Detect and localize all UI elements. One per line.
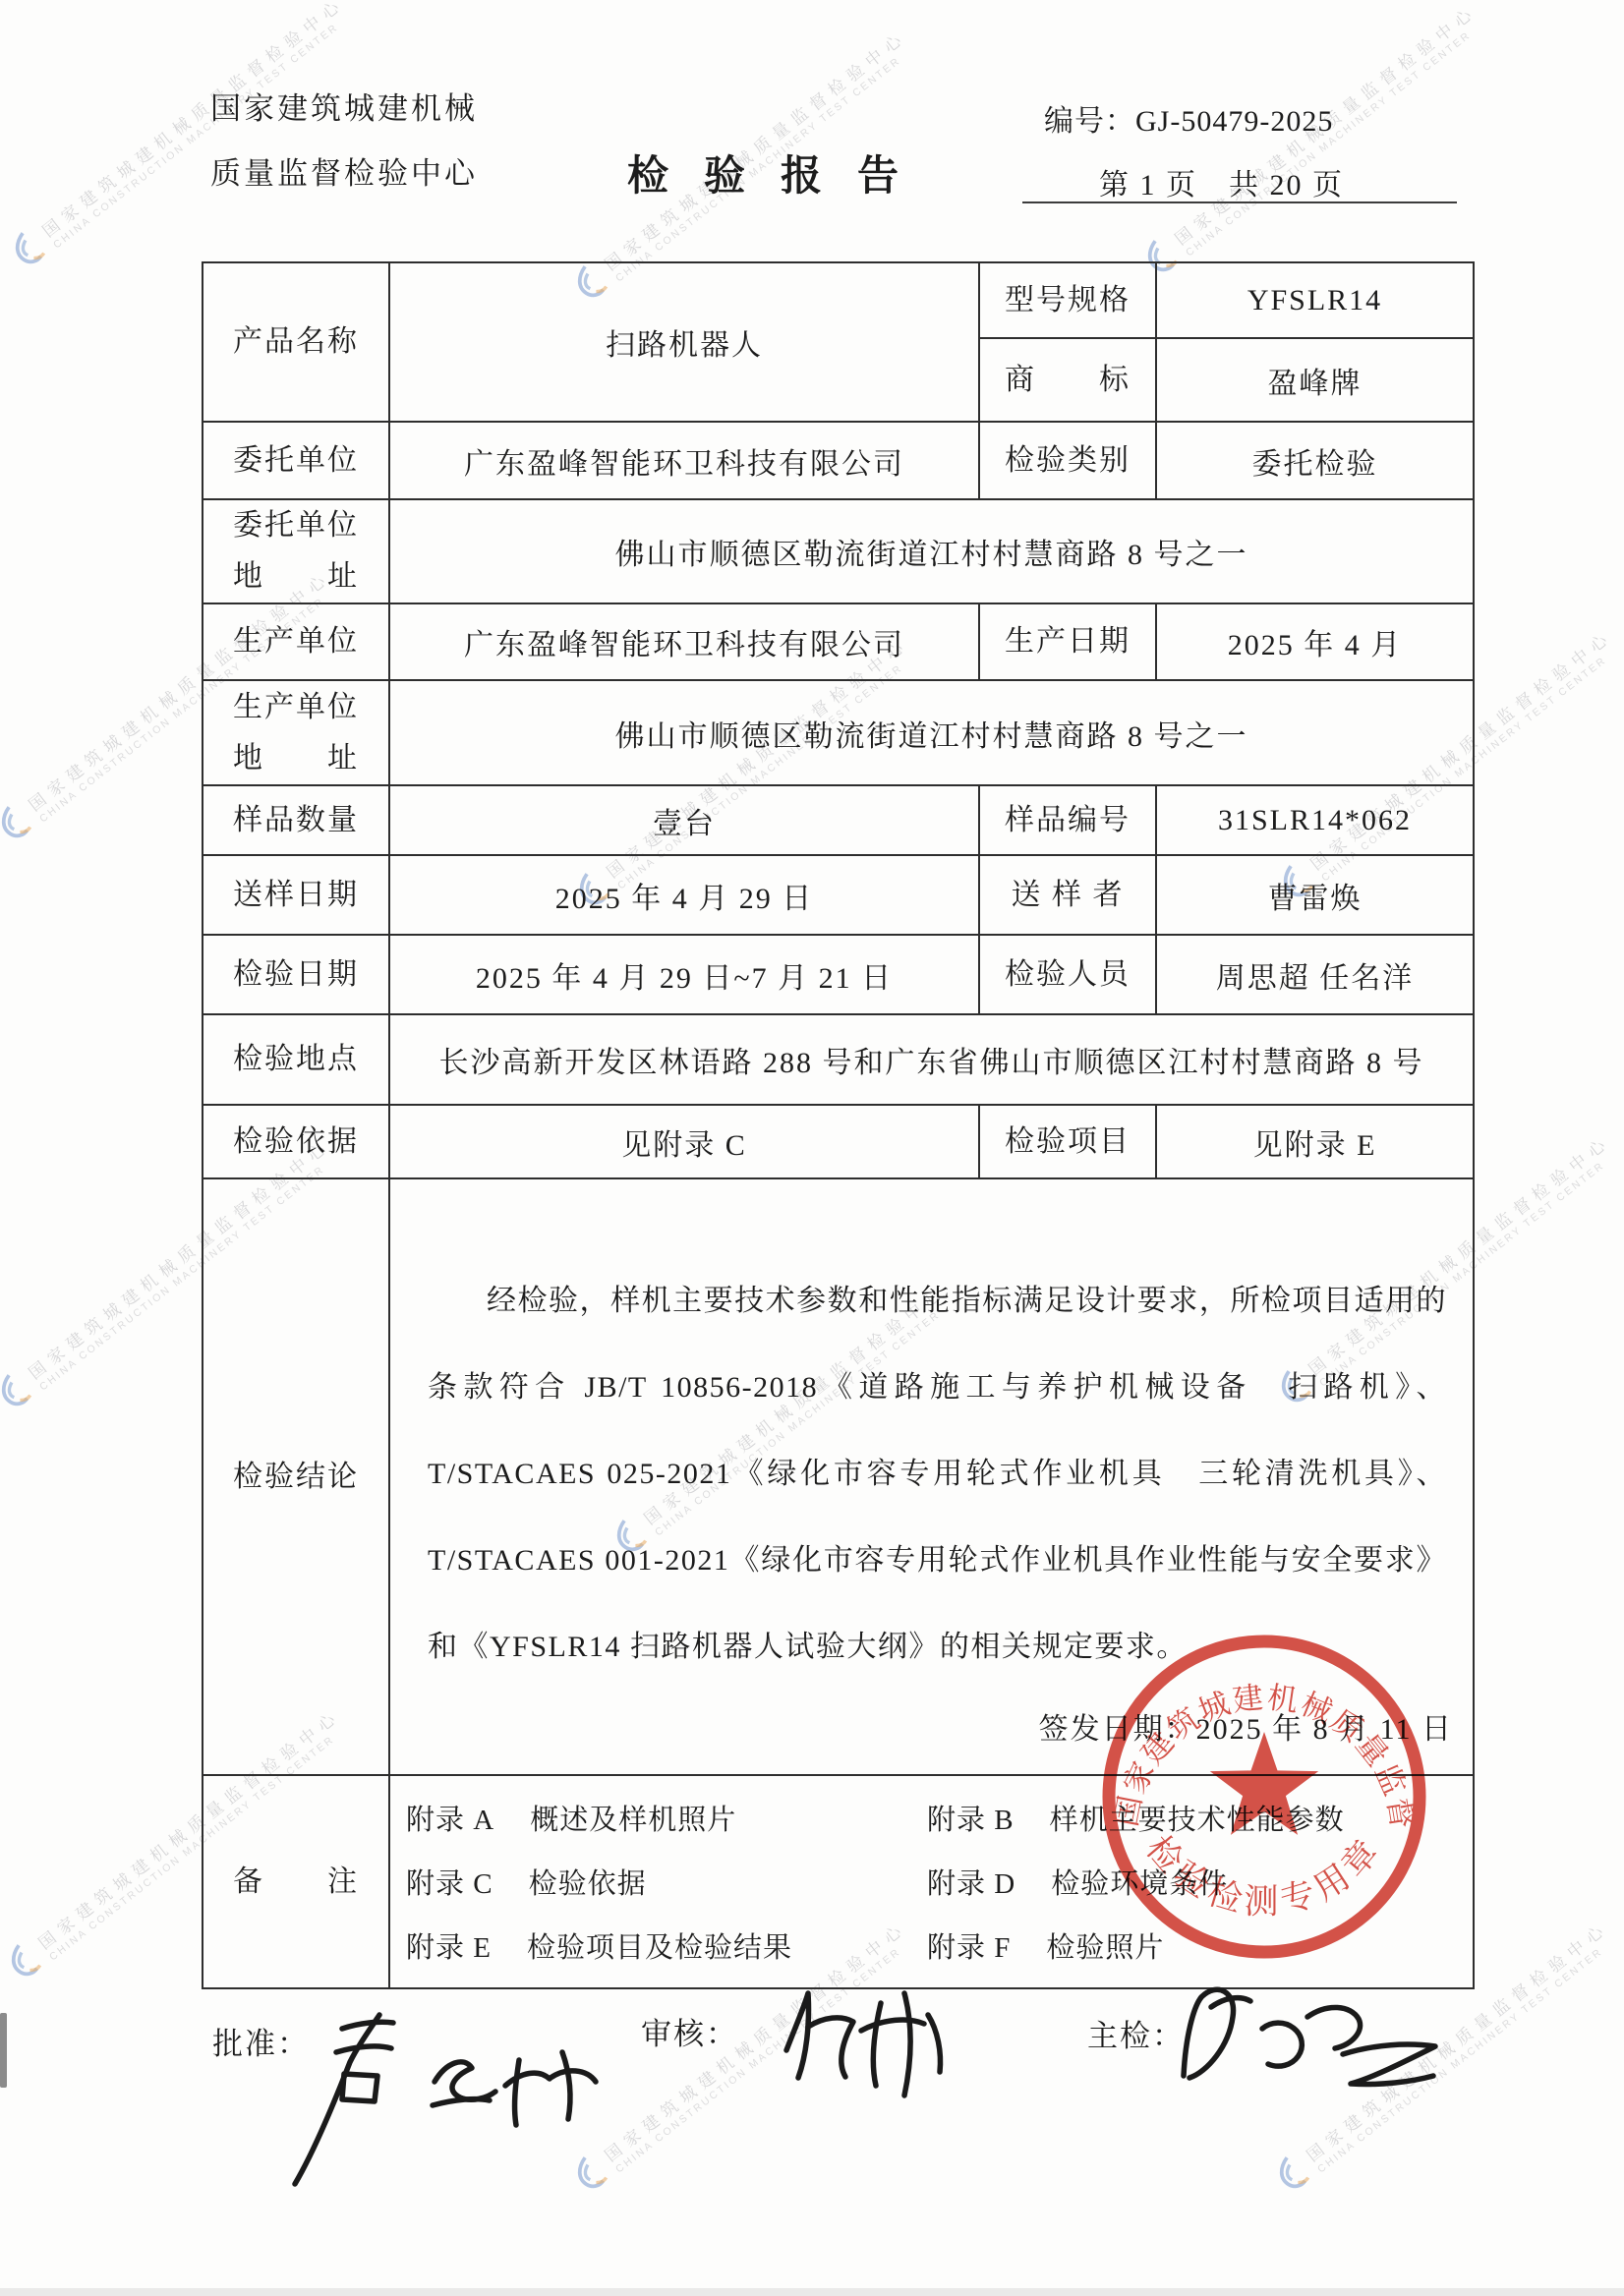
seal-bottom-text: 检验检测专用章: [1138, 1829, 1389, 1922]
conclusion-label: 检验结论: [203, 1178, 389, 1775]
report-number: 编号：GJ-50479-2025: [1044, 96, 1333, 140]
inspection-date-label: 检验日期: [203, 935, 389, 1014]
trademark-label: 商 标: [979, 338, 1156, 422]
chief-inspector-signature: [1168, 1978, 1463, 2125]
production-date-value: 2025 年 4 月: [1156, 603, 1474, 680]
page-indicator: 第 1 页 共 20 页: [1099, 160, 1344, 203]
manufacturer-address-value: 佛山市顺德区勒流街道江村村慧商路 8 号之一: [389, 680, 1474, 785]
inspection-date-value: 2025 年 4 月 29 日~7 月 21 日: [389, 935, 979, 1014]
appendix-item: 附录 A概述及样机照片: [406, 1798, 927, 1838]
model-value: YFSLR14: [1156, 262, 1474, 338]
center-logo-watermark-icon: [0, 798, 37, 849]
delivery-date-label: 送样日期: [203, 855, 389, 935]
sample-qty-label: 样品数量: [203, 785, 389, 855]
sample-no-label: 样品编号: [979, 785, 1156, 855]
product-name-label: 产品名称: [203, 262, 389, 422]
report-page: 国家建筑城建机械质量监督检验中心CHINA CONSTRUCTION MACHI…: [0, 0, 1624, 2296]
reviewer-signature: [765, 1981, 981, 2119]
manufacturer-label: 生产单位: [203, 603, 389, 680]
inspectors-value: 周思超 任名洋: [1156, 935, 1474, 1014]
seal-star-icon: [1210, 1732, 1318, 1835]
deliverer-label: 送 样 者: [979, 855, 1156, 935]
issuing-org: 国家建筑城建机械 质量监督检验中心: [210, 77, 478, 206]
client-address-value: 佛山市顺德区勒流街道江村村慧商路 8 号之一: [389, 499, 1474, 603]
production-date-label: 生产日期: [979, 603, 1156, 680]
svg-text:检验检测专用章: 检验检测专用章: [1138, 1829, 1389, 1922]
page-title: 检验报告: [627, 143, 934, 202]
items-value: 见附录 E: [1156, 1105, 1474, 1178]
sample-no-value: 31SLR14*062: [1156, 785, 1474, 855]
client-address-label: 委托单位 地 址: [203, 499, 389, 603]
appendix-item: 附录 C检验依据: [406, 1862, 927, 1902]
review-label: 审核：: [641, 2009, 738, 2053]
header-divider: [1022, 201, 1457, 203]
watermark: 国家建筑城建机械质量监督检验中心CHINA CONSTRUCTION MACHI…: [1134, 0, 1488, 283]
location-label: 检验地点: [203, 1014, 389, 1105]
remark-label: 备 注: [203, 1775, 389, 1988]
sample-qty-value: 壹台: [389, 785, 979, 855]
client-value: 广东盈峰智能环卫科技有限公司: [389, 422, 979, 499]
basis-value: 见附录 C: [389, 1105, 979, 1178]
basis-label: 检验依据: [203, 1105, 389, 1178]
model-label: 型号规格: [979, 262, 1156, 338]
client-label: 委托单位: [203, 422, 389, 499]
inspection-type-value: 委托检验: [1156, 422, 1474, 499]
center-logo-watermark-icon: [1266, 2149, 1314, 2200]
appendix-item: 附录 E检验项目及检验结果: [406, 1925, 927, 1966]
deliverer-value: 曹雷焕: [1156, 855, 1474, 935]
items-label: 检验项目: [979, 1105, 1156, 1178]
manufacturer-value: 广东盈峰智能环卫科技有限公司: [389, 603, 979, 680]
approver-signature: [285, 2005, 609, 2202]
official-seal: 国家建筑城建机械质量监督检验中心 检验检测专用章: [1091, 1624, 1437, 1970]
center-logo-watermark-icon: [2, 224, 50, 275]
center-logo-watermark-icon: [0, 1366, 37, 1417]
inspectors-label: 检验人员: [979, 935, 1156, 1014]
org-line2: 质量监督检验中心: [210, 142, 478, 206]
trademark-value: 盈峰牌: [1156, 338, 1474, 422]
location-value: 长沙高新开发区林语路 288 号和广东省佛山市顺德区江村村慧商路 8 号: [389, 1014, 1474, 1105]
org-line1: 国家建筑城建机械: [210, 77, 478, 142]
manufacturer-address-label: 生产单位 地 址: [203, 680, 389, 785]
scan-edge: [0, 2288, 1624, 2296]
center-logo-watermark-icon: [0, 1936, 47, 1987]
inspection-type-label: 检验类别: [979, 422, 1156, 499]
product-name-value: 扫路机器人: [389, 262, 979, 422]
delivery-date-value: 2025 年 4 月 29 日: [389, 855, 979, 935]
scan-artifact: [0, 2013, 7, 2088]
